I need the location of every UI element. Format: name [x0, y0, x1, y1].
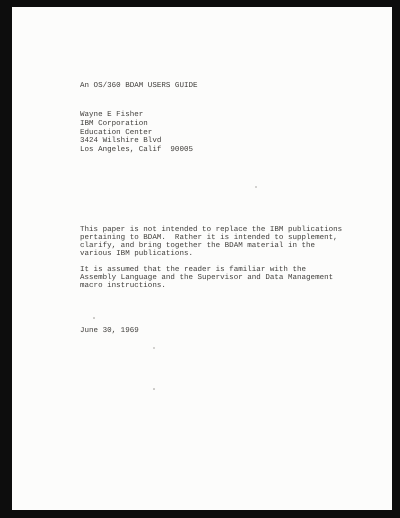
intro-paragraph: This paper is not intended to replace th…	[80, 226, 342, 258]
assumption-paragraph: It is assumed that the reader is familia…	[80, 266, 333, 290]
document-page: An OS/360 BDAM USERS GUIDE Wayne E Fishe…	[12, 7, 392, 510]
scan-speck	[93, 317, 95, 319]
scan-speck	[255, 186, 257, 188]
author-address-block: Wayne E Fisher IBM Corporation Education…	[80, 111, 193, 155]
scanned-document: An OS/360 BDAM USERS GUIDE Wayne E Fishe…	[0, 0, 400, 518]
scan-speck	[153, 388, 155, 390]
document-date: June 30, 1969	[80, 327, 139, 335]
document-title: An OS/360 BDAM USERS GUIDE	[80, 82, 198, 90]
scan-speck	[153, 347, 155, 349]
